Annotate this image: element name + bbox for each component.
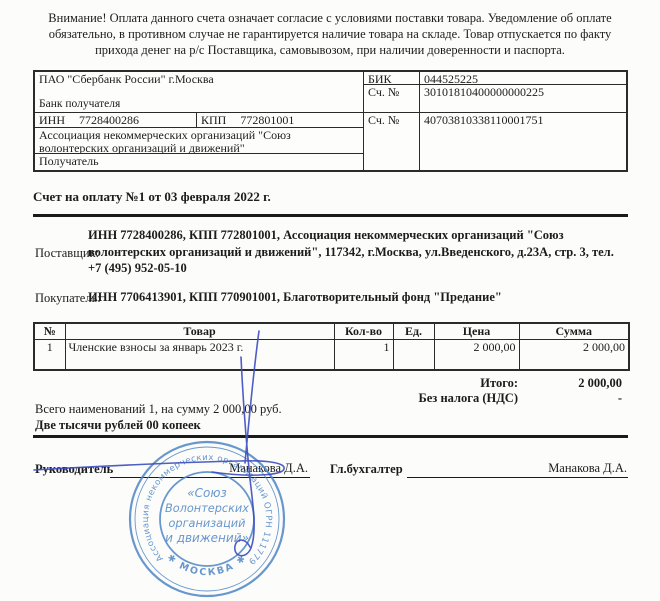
col-header-num: №	[34, 323, 65, 340]
inn-label: ИНН	[39, 113, 65, 127]
recipient-name: Ассоциация некоммерческих организаций "С…	[35, 128, 364, 154]
row-unit	[393, 340, 434, 371]
row-num: 1	[34, 340, 65, 371]
accountant-signature-line	[407, 477, 628, 478]
invoice-scan-page: Внимание! Оплата данного счета означает …	[0, 0, 660, 601]
amount-in-words: Две тысячи рублей 00 копеек	[35, 418, 201, 433]
col-header-qty: Кол-во	[334, 323, 393, 340]
divider-line-top	[33, 214, 628, 217]
row-item-name: Членские взносы за январь 2023 г.	[65, 340, 334, 371]
buyer-value: ИНН 7706413901, КПП 770901001, Благотвор…	[88, 289, 622, 306]
invoice-title: Счет на оплату №1 от 03 февраля 2022 г.	[33, 189, 271, 205]
stamp-center-line-3: организаций	[169, 517, 246, 530]
total-label: Итого:	[33, 376, 518, 391]
inn-cell: ИНН7728400286	[35, 113, 197, 128]
row-qty: 1	[334, 340, 393, 371]
kpp-label: КПП	[201, 113, 226, 127]
kpp-cell: КПП772801001	[197, 113, 364, 128]
row-price: 2 000,00	[434, 340, 519, 371]
divider-line-bottom	[33, 435, 628, 438]
organization-stamp: Ассоциация некоммерческих организаций ОГ…	[126, 438, 288, 600]
total-value: 2 000,00	[518, 376, 628, 391]
payment-notice-text: Внимание! Оплата данного счета означает …	[30, 10, 630, 58]
bank-caption: Банк получателя	[39, 98, 120, 111]
items-table: № Товар Кол-во Ед. Цена Сумма 1 Членские…	[33, 322, 630, 371]
bank-requisites-table: ПАО "Сбербанк России" г.Москва Банк полу…	[33, 70, 628, 172]
row-sum: 2 000,00	[519, 340, 629, 371]
bik-label: БИК	[364, 72, 420, 85]
stamp-center-line-1: «Союз	[187, 486, 227, 500]
bank-name: ПАО "Сбербанк России" г.Москва	[39, 72, 214, 86]
stamp-center-line-4: и движений»	[165, 531, 249, 545]
account-value: 40703810338110001751	[420, 113, 626, 170]
vat-value: -	[518, 391, 628, 406]
recipient-caption: Получатель	[35, 154, 364, 170]
account-label: Сч. №	[364, 113, 420, 170]
col-header-unit: Ед.	[393, 323, 434, 340]
corr-account-value: 30101810400000000225	[420, 85, 626, 113]
stamp-center-line-2: Волонтерских	[165, 502, 249, 515]
director-label: Руководитель	[35, 462, 113, 477]
kpp-value: 772801001	[240, 113, 294, 127]
inn-value: 7728400286	[79, 113, 139, 127]
col-header-item: Товар	[65, 323, 334, 340]
accountant-name: Манакова Д.А.	[500, 461, 627, 476]
items-count-line: Всего наименований 1, на сумму 2 000,00 …	[35, 402, 282, 417]
total-row: Итого: 2 000,00	[33, 376, 628, 391]
bank-name-cell: ПАО "Сбербанк России" г.Москва Банк полу…	[35, 72, 364, 113]
bik-value: 044525225	[420, 72, 626, 85]
table-row: 1 Членские взносы за январь 2023 г. 1 2 …	[34, 340, 629, 371]
supplier-value: ИНН 7728400286, КПП 772801001, Ассоциаци…	[88, 227, 622, 277]
col-header-price: Цена	[434, 323, 519, 340]
corr-account-label: Сч. №	[364, 85, 420, 113]
col-header-sum: Сумма	[519, 323, 629, 340]
accountant-label: Гл.бухгалтер	[330, 462, 403, 477]
items-table-header-row: № Товар Кол-во Ед. Цена Сумма	[34, 323, 629, 340]
